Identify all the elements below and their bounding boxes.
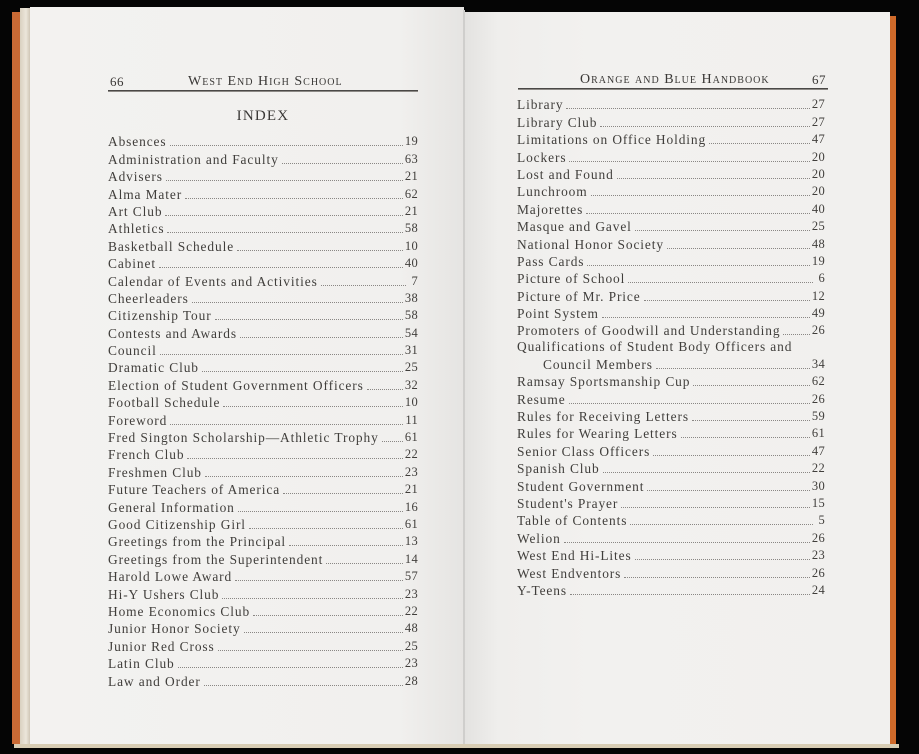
index-entry: Resume26 — [517, 390, 825, 407]
dot-leader — [165, 214, 402, 216]
right-page-number: 67 — [812, 72, 826, 88]
index-entry-page: 32 — [405, 377, 418, 394]
index-entry: Citizenship Tour58 — [108, 307, 418, 324]
index-entry: Library27 — [517, 96, 825, 113]
index-entry-page: 5 — [815, 512, 825, 529]
index-entry-page: 34 — [812, 356, 825, 373]
dot-leader — [159, 266, 403, 268]
index-entry-label: West Endventors — [517, 565, 621, 582]
index-entry: General Information16 — [108, 498, 418, 515]
dot-leader — [667, 247, 810, 249]
index-entry-page: 23 — [405, 586, 418, 603]
dot-leader — [223, 405, 403, 407]
index-entry: Table of Contents5 — [517, 512, 825, 529]
dot-leader — [289, 544, 403, 546]
index-entry-page: 48 — [405, 620, 418, 637]
index-entry-page: 19 — [405, 133, 418, 150]
index-entry-page: 16 — [405, 499, 418, 516]
dot-leader — [681, 436, 810, 438]
page-edges-bottom — [14, 744, 899, 748]
dot-leader — [167, 231, 402, 233]
dot-leader — [160, 353, 403, 355]
index-entry: Rules for Receiving Letters59 — [517, 408, 825, 425]
index-entry-page: 28 — [405, 673, 418, 690]
index-entry: Welion26 — [517, 529, 825, 546]
index-entry-page: 21 — [405, 481, 418, 498]
index-entry-page: 23 — [405, 655, 418, 672]
left-page-number: 66 — [110, 74, 124, 90]
index-entry: Advisers21 — [108, 168, 418, 185]
index-entry-label: Picture of School — [517, 270, 625, 287]
index-entry: Junior Honor Society48 — [108, 620, 418, 637]
index-entry: Freshmen Club23 — [108, 463, 418, 480]
index-entry: Law and Order28 — [108, 672, 418, 689]
dot-leader — [600, 125, 810, 127]
index-entry-label: General Information — [108, 499, 235, 516]
index-entry-label: Junior Honor Society — [108, 620, 241, 637]
index-entry-label: Student's Prayer — [517, 495, 618, 512]
index-entry: Greetings from the Principal13 — [108, 533, 418, 550]
index-entry-label: Lockers — [517, 149, 566, 166]
index-entry-label: Student Government — [517, 478, 644, 495]
index-entry: Cheerleaders38 — [108, 290, 418, 307]
index-entry: Latin Club23 — [108, 655, 418, 672]
index-entry: Good Citizenship Girl61 — [108, 516, 418, 533]
index-entry-page: 26 — [812, 322, 825, 339]
index-entry: Pass Cards19 — [517, 253, 825, 270]
dot-leader — [238, 510, 403, 512]
dot-leader — [653, 454, 810, 456]
index-entry-page: 10 — [405, 238, 418, 255]
index-entry-page: 20 — [812, 149, 825, 166]
index-entry-page: 27 — [812, 96, 825, 113]
dot-leader — [178, 666, 403, 668]
index-entry-label: Contests and Awards — [108, 325, 237, 342]
index-entry-page: 19 — [812, 253, 825, 270]
dot-leader — [624, 576, 810, 578]
dot-leader — [240, 336, 403, 338]
dot-leader — [635, 558, 810, 560]
index-entry-page: 30 — [812, 478, 825, 495]
index-entry: Athletics58 — [108, 220, 418, 237]
index-entry: Future Teachers of America21 — [108, 481, 418, 498]
index-entry-page: 7 — [408, 273, 418, 290]
index-entry-label: Limitations on Office Holding — [517, 131, 706, 148]
index-entry-page: 40 — [812, 201, 825, 218]
index-entry-label: French Club — [108, 446, 184, 463]
dot-leader — [603, 471, 810, 473]
index-entry-label: Athletics — [108, 220, 164, 237]
index-entry-label: Foreword — [108, 412, 167, 429]
index-entry: Student Government30 — [517, 477, 825, 494]
index-entry-label: Basketball Schedule — [108, 238, 234, 255]
index-entry: Council31 — [108, 342, 418, 359]
dot-leader — [644, 299, 810, 301]
index-entry-page: 22 — [405, 446, 418, 463]
dot-leader — [635, 229, 810, 231]
index-entry-page: 57 — [405, 568, 418, 585]
index-entry-label: Junior Red Cross — [108, 638, 215, 655]
index-entry: Senior Class Officers47 — [517, 442, 825, 459]
index-entry-page: 49 — [812, 305, 825, 322]
index-entry: Alma Mater62 — [108, 185, 418, 202]
index-entry-page: 47 — [812, 443, 825, 460]
index-entry-label: Art Club — [108, 203, 162, 220]
index-entry-page: 61 — [405, 516, 418, 533]
index-entry-label: Cabinet — [108, 255, 156, 272]
index-entry-label: Majorettes — [517, 201, 583, 218]
index-entry: Fred Sington Scholarship—Athletic Trophy… — [108, 429, 418, 446]
dot-leader — [628, 281, 813, 283]
dot-leader — [166, 179, 403, 181]
index-entry-label: Cheerleaders — [108, 290, 189, 307]
index-entry-page: 26 — [812, 565, 825, 582]
dot-leader — [602, 316, 810, 318]
index-entry-label: Freshmen Club — [108, 464, 202, 481]
index-entry-label: Council — [108, 342, 157, 359]
left-running-header: 66 West End High School — [110, 72, 418, 92]
index-entry-label: Resume — [517, 391, 566, 408]
index-entry-page: 10 — [405, 394, 418, 411]
index-entry: Masque and Gavel25 — [517, 218, 825, 235]
index-entry: Picture of Mr. Price12 — [517, 287, 825, 304]
dot-leader — [170, 423, 403, 425]
dot-leader — [244, 631, 403, 633]
dot-leader — [367, 388, 403, 390]
index-entry-label: Advisers — [108, 168, 163, 185]
index-entry-label-cont: Council Members — [543, 356, 653, 373]
index-entry-label: Administration and Faculty — [108, 151, 279, 168]
index-entry: Cabinet40 — [108, 255, 418, 272]
right-running-header: Orange and Blue Handbook 67 — [518, 70, 828, 90]
index-entry-label: Harold Lowe Award — [108, 568, 232, 585]
index-entry-page: 26 — [812, 391, 825, 408]
index-entry-label: Greetings from the Superintendent — [108, 551, 323, 568]
dot-leader — [693, 384, 810, 386]
dot-leader — [205, 475, 403, 477]
dot-leader — [382, 440, 403, 442]
index-entry: Election of Student Government Officers3… — [108, 376, 418, 393]
index-entry-page: 6 — [815, 270, 825, 287]
index-entry-page: 26 — [812, 530, 825, 547]
index-entry-label: Y-Teens — [517, 582, 567, 599]
index-entry: Contests and Awards54 — [108, 324, 418, 341]
index-entry-label: Qualifications of Student Body Officers … — [517, 339, 825, 355]
index-entry: Qualifications of Student Body Officers … — [517, 339, 825, 372]
index-entry: Student's Prayer15 — [517, 495, 825, 512]
dot-leader — [566, 107, 809, 109]
index-entry-page: 48 — [812, 236, 825, 253]
index-entry: Art Club21 — [108, 203, 418, 220]
book-spine — [463, 10, 465, 748]
index-entry-page: 21 — [405, 168, 418, 185]
page-edges-left — [20, 8, 30, 748]
index-entry-label: Citizenship Tour — [108, 307, 212, 324]
dot-leader — [647, 489, 809, 491]
dot-leader — [283, 492, 403, 494]
index-entry: Library Club27 — [517, 113, 825, 130]
index-entry: Lost and Found20 — [517, 166, 825, 183]
index-entry-page: 61 — [812, 425, 825, 442]
index-entry-label: Rules for Receiving Letters — [517, 408, 689, 425]
dot-leader — [783, 333, 809, 335]
index-entry-continuation: Council Members34 — [517, 355, 825, 372]
index-entry-page: 20 — [812, 183, 825, 200]
index-entry: Home Economics Club22 — [108, 603, 418, 620]
book-cover-edge-right — [890, 16, 896, 748]
index-entry-label: Point System — [517, 305, 599, 322]
index-entry: Hi-Y Ushers Club23 — [108, 585, 418, 602]
index-entry-page: 25 — [812, 218, 825, 235]
dot-leader — [630, 523, 813, 525]
index-entry: Y-Teens24 — [517, 582, 825, 599]
index-entry-page: 31 — [405, 342, 418, 359]
index-entry: Lunchroom20 — [517, 183, 825, 200]
dot-leader — [170, 144, 403, 146]
index-entry-page: 15 — [812, 495, 825, 512]
dot-leader — [587, 264, 809, 266]
index-entry: Basketball Schedule10 — [108, 237, 418, 254]
dot-leader — [187, 457, 402, 459]
index-entry-page: 22 — [405, 603, 418, 620]
index-entry-label: Hi-Y Ushers Club — [108, 586, 219, 603]
index-entry: Lockers20 — [517, 148, 825, 165]
dot-leader — [569, 160, 809, 162]
index-entry: Junior Red Cross25 — [108, 637, 418, 654]
index-entry-page: 38 — [405, 290, 418, 307]
dot-leader — [282, 162, 403, 164]
index-entry-label: Lost and Found — [517, 166, 614, 183]
index-entry-label: Rules for Wearing Letters — [517, 425, 678, 442]
dot-leader — [215, 318, 403, 320]
index-entry-label: Lunchroom — [517, 183, 588, 200]
index-entry-page: 21 — [405, 203, 418, 220]
index-entry-label: Ramsay Sportsmanship Cup — [517, 373, 690, 390]
index-entry-label: Latin Club — [108, 655, 175, 672]
open-book: 66 West End High School INDEX Absences19… — [0, 0, 919, 754]
index-entry-label: Welion — [517, 530, 561, 547]
dot-leader — [564, 541, 810, 543]
dot-leader — [249, 527, 403, 529]
index-entry-label: Absences — [108, 133, 167, 150]
dot-leader — [692, 419, 810, 421]
right-index-list: Library27Library Club27Limitations on Of… — [517, 96, 825, 599]
index-entry-page: 20 — [812, 166, 825, 183]
index-entry-page: 47 — [812, 131, 825, 148]
index-entry-page: 12 — [812, 288, 825, 305]
dot-leader — [218, 649, 403, 651]
dot-leader — [202, 370, 403, 372]
index-entry-label: Library Club — [517, 114, 597, 131]
index-entry-page: 54 — [405, 325, 418, 342]
dot-leader — [569, 402, 810, 404]
index-entry-page: 62 — [812, 373, 825, 390]
dot-leader — [237, 249, 403, 251]
index-entry: Ramsay Sportsmanship Cup62 — [517, 373, 825, 390]
index-entry-page: 40 — [405, 255, 418, 272]
index-entry-label: Senior Class Officers — [517, 443, 650, 460]
index-entry-page: 22 — [812, 460, 825, 477]
index-entry-label: Fred Sington Scholarship—Athletic Trophy — [108, 429, 379, 446]
index-entry-page: 23 — [812, 547, 825, 564]
index-entry: West Endventors26 — [517, 564, 825, 581]
index-entry-page: 62 — [405, 186, 418, 203]
index-entry-label: Alma Mater — [108, 186, 182, 203]
left-running-title: West End High School — [188, 74, 343, 90]
index-entry-page: 23 — [405, 464, 418, 481]
index-entry-page: 24 — [812, 582, 825, 599]
dot-leader — [253, 614, 403, 616]
dot-leader — [222, 597, 403, 599]
index-entry-label: Calendar of Events and Activities — [108, 273, 318, 290]
index-entry-page: 14 — [405, 551, 418, 568]
right-header-rule — [518, 88, 828, 90]
index-heading: INDEX — [108, 108, 418, 125]
index-entry: Absences19 — [108, 133, 418, 150]
dot-leader — [204, 684, 403, 686]
index-entry: West End Hi-Lites23 — [517, 547, 825, 564]
left-index-list: Absences19Administration and Faculty63Ad… — [108, 133, 418, 690]
dot-leader — [185, 197, 403, 199]
dot-leader — [591, 194, 810, 196]
index-entry: Calendar of Events and Activities7 — [108, 272, 418, 289]
index-entry-page: 63 — [405, 151, 418, 168]
index-entry-label: Football Schedule — [108, 394, 220, 411]
right-running-title: Orange and Blue Handbook — [580, 72, 770, 88]
dot-leader — [326, 562, 403, 564]
dot-leader — [570, 593, 810, 595]
index-entry-label: West End Hi-Lites — [517, 547, 632, 564]
book-cover-edge-left — [12, 12, 20, 744]
index-entry: Greetings from the Superintendent14 — [108, 550, 418, 567]
index-entry: French Club22 — [108, 446, 418, 463]
dot-leader — [586, 212, 810, 214]
dot-leader — [656, 367, 810, 369]
index-entry: Rules for Wearing Letters61 — [517, 425, 825, 442]
dot-leader — [621, 506, 810, 508]
index-entry-label: Election of Student Government Officers — [108, 377, 364, 394]
index-entry-label: Greetings from the Principal — [108, 533, 286, 550]
index-entry-label: Library — [517, 96, 563, 113]
index-entry-label: Law and Order — [108, 673, 201, 690]
dot-leader — [709, 142, 810, 144]
index-entry: Administration and Faculty63 — [108, 150, 418, 167]
index-entry-label: Future Teachers of America — [108, 481, 280, 498]
index-entry-page: 58 — [405, 307, 418, 324]
index-entry-label: Spanish Club — [517, 460, 600, 477]
dot-leader — [235, 579, 403, 581]
index-entry-page: 11 — [405, 412, 418, 429]
index-entry-page: 59 — [812, 408, 825, 425]
index-entry: Majorettes40 — [517, 200, 825, 217]
index-entry-page: 61 — [405, 429, 418, 446]
index-entry-page: 25 — [405, 638, 418, 655]
index-entry-label: Promoters of Goodwill and Understanding — [517, 322, 780, 339]
dot-leader — [617, 177, 810, 179]
dot-leader — [192, 301, 403, 303]
index-entry: Dramatic Club25 — [108, 359, 418, 376]
index-entry-label: Pass Cards — [517, 253, 584, 270]
index-entry: National Honor Society48 — [517, 235, 825, 252]
index-entry-page: 25 — [405, 359, 418, 376]
index-entry-label: Table of Contents — [517, 512, 627, 529]
index-entry: Foreword11 — [108, 411, 418, 428]
index-entry-label: Dramatic Club — [108, 359, 199, 376]
index-entry-label: Good Citizenship Girl — [108, 516, 246, 533]
dot-leader — [321, 284, 406, 286]
index-entry-label: Masque and Gavel — [517, 218, 632, 235]
index-entry-label: Picture of Mr. Price — [517, 288, 641, 305]
index-entry-page: 27 — [812, 114, 825, 131]
index-entry: Football Schedule10 — [108, 394, 418, 411]
index-entry: Picture of School6 — [517, 270, 825, 287]
index-entry-label: Home Economics Club — [108, 603, 250, 620]
index-entry: Limitations on Office Holding47 — [517, 131, 825, 148]
index-entry-page: 13 — [405, 533, 418, 550]
index-entry: Point System49 — [517, 305, 825, 322]
index-entry: Spanish Club22 — [517, 460, 825, 477]
index-entry: Harold Lowe Award57 — [108, 568, 418, 585]
index-entry-label: National Honor Society — [517, 236, 664, 253]
index-entry-page: 58 — [405, 220, 418, 237]
index-entry: Promoters of Goodwill and Understanding2… — [517, 322, 825, 339]
left-header-rule — [108, 90, 418, 92]
